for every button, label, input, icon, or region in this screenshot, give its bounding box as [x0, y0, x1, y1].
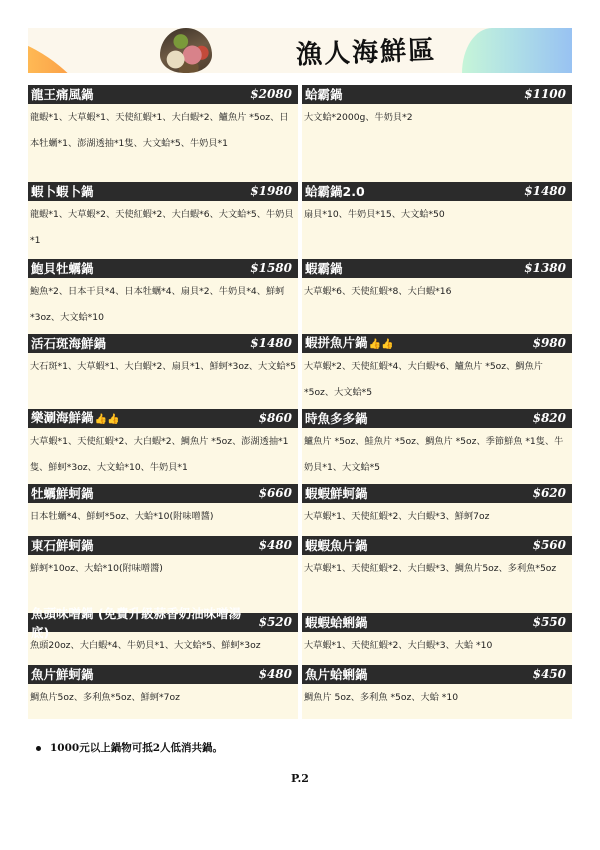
menu-item: 魚頭味噌鍋 (免費升級蒜香奶油味噌湯底) $520 魚頭20oz、大白蝦*4、牛… [28, 613, 298, 665]
menu-item-header: 蝦蝦蛤蜊鍋 $550 [302, 613, 572, 632]
menu-item-description: 大草蝦*6、天使紅蝦*8、大白蝦*16 [302, 278, 572, 334]
menu-item-name: 蝦拼魚片鍋 [305, 335, 368, 350]
menu-item-price: $1380 [524, 259, 566, 278]
menu-item-price: $550 [533, 613, 566, 632]
menu-item-name: 牡蠣鮮蚵鍋 [31, 486, 94, 501]
menu-item: 東石鮮蚵鍋 $480 鮮蚵*10oz、大蛤*10(附味噌醬) [28, 536, 298, 613]
menu-item-header: 時魚多多鍋 $820 [302, 409, 572, 428]
menu-item-price: $1100 [524, 85, 566, 104]
menu-item-name: 蝦卜蝦卜鍋 [31, 184, 94, 199]
hotpot-photo [160, 28, 212, 73]
menu-item-price: $1480 [524, 182, 566, 201]
footer-note-text: 1000元以上鍋物可抵2人低消共鍋。 [50, 742, 223, 754]
menu-item-name: 蝦霸鍋 [305, 261, 343, 276]
menu-item: 時魚多多鍋 $820 鱸魚片 *5oz、鮭魚片 *5oz、鯛魚片 *5oz、季節… [302, 409, 572, 484]
gradient-decoration [462, 28, 572, 73]
menu-item: 鮑貝牡蠣鍋 $1580 鮑魚*2、日本干貝*4、日本牡蠣*4、扇貝*2、牛奶貝*… [28, 259, 298, 334]
menu-item-price: $860 [259, 409, 292, 428]
menu-item-header: 魚片蛤蜊鍋 $450 [302, 665, 572, 684]
menu-item-name: 龍王痛風鍋 [31, 87, 94, 102]
menu-item-header: 蝦霸鍋 $1380 [302, 259, 572, 278]
menu-item-name: 時魚多多鍋 [305, 411, 368, 426]
menu-item-description: 大文蛤*2000g、牛奶貝*2 [302, 104, 572, 182]
menu-item-price: $480 [259, 665, 292, 684]
menu-item-description: 大草蝦*1、天使紅蝦*2、大白蝦*3、鯛魚片5oz、多利魚*5oz [302, 555, 572, 613]
menu-item: 蝦蝦蛤蜊鍋 $550 大草蝦*1、天使紅蝦*2、大白蝦*3、大蛤 *10 [302, 613, 572, 665]
menu-item: 蝦拼魚片鍋👍👍 $980 大草蝦*2、天使紅蝦*4、大白蝦*6、鱸魚片 *5oz… [302, 334, 572, 409]
menu-item-price: $520 [259, 613, 292, 632]
menu-item: 龍王痛風鍋 $2080 龍蝦*1、大草蝦*1、天使紅蝦*1、大白蝦*2、鱸魚片 … [28, 85, 298, 182]
menu-item-header: 活石斑海鮮鍋 $1480 [28, 334, 298, 353]
menu-item-price: $450 [533, 665, 566, 684]
menu-item-header: 蛤霸鍋 $1100 [302, 85, 572, 104]
menu-item-description: 大草蝦*1、天使紅蝦*2、大白蝦*3、大蛤 *10 [302, 632, 572, 665]
menu-item: 蛤霸鍋 $1100 大文蛤*2000g、牛奶貝*2 [302, 85, 572, 182]
footer-note: 1000元以上鍋物可抵2人低消共鍋。 [36, 740, 223, 755]
menu-item-description: 龍蝦*1、大草蝦*2、天使紅蝦*2、大白蝦*6、大文蛤*5、牛奶貝*1 [28, 201, 298, 259]
menu-item: 活石斑海鮮鍋 $1480 大石斑*1、大草蝦*1、大白蝦*2、扇貝*1、鮮蚵*3… [28, 334, 298, 409]
menu-item-header: 魚片鮮蚵鍋 $480 [28, 665, 298, 684]
menu-item-header: 蝦蝦魚片鍋 $560 [302, 536, 572, 555]
menu-item-price: $660 [259, 484, 292, 503]
menu-item-price: $560 [533, 536, 566, 555]
page-number: P.2 [0, 772, 600, 785]
menu-item: 蝦蝦魚片鍋 $560 大草蝦*1、天使紅蝦*2、大白蝦*3、鯛魚片5oz、多利魚… [302, 536, 572, 613]
menu-item-name: 活石斑海鮮鍋 [31, 336, 106, 351]
menu-item-price: $2080 [250, 85, 292, 104]
menu-item: 蝦霸鍋 $1380 大草蝦*6、天使紅蝦*8、大白蝦*16 [302, 259, 572, 334]
menu-item-header: 蝦蝦鮮蚵鍋 $620 [302, 484, 572, 503]
menu-item-name: 魚片蛤蜊鍋 [305, 667, 368, 682]
menu-item-description: 魚頭20oz、大白蝦*4、牛奶貝*1、大文蛤*5、鮮蚵*3oz [28, 632, 298, 665]
menu-item-description: 鯛魚片 5oz、多利魚 *5oz、大蛤 *10 [302, 684, 572, 719]
menu-column-right: 蛤霸鍋 $1100 大文蛤*2000g、牛奶貝*2 蛤霸鍋2.0 $1480 扇… [302, 85, 572, 719]
menu-item: 魚片蛤蜊鍋 $450 鯛魚片 5oz、多利魚 *5oz、大蛤 *10 [302, 665, 572, 719]
menu-item-header: 蝦卜蝦卜鍋 $1980 [28, 182, 298, 201]
menu-item-name: 魚片鮮蚵鍋 [31, 667, 94, 682]
section-banner: 漁人海鮮區 [28, 28, 572, 73]
menu-item-header: 樂涮海鮮鍋👍👍 $860 [28, 409, 298, 428]
menu-column-left: 龍王痛風鍋 $2080 龍蝦*1、大草蝦*1、天使紅蝦*1、大白蝦*2、鱸魚片 … [28, 85, 298, 719]
menu-item: 樂涮海鮮鍋👍👍 $860 大草蝦*1、天使紅蝦*2、大白蝦*2、鯛魚片 *5oz… [28, 409, 298, 484]
menu-item-description: 鮑魚*2、日本干貝*4、日本牡蠣*4、扇貝*2、牛奶貝*4、鮮蚵*3oz、大文蛤… [28, 278, 298, 334]
menu-item-header: 鮑貝牡蠣鍋 $1580 [28, 259, 298, 278]
menu-item-name: 樂涮海鮮鍋 [31, 410, 94, 425]
thumbs-up-icon: 👍👍 [95, 414, 120, 425]
menu-item-name: 蛤霸鍋2.0 [305, 184, 365, 199]
menu-item-description: 鱸魚片 *5oz、鮭魚片 *5oz、鯛魚片 *5oz、季節鮮魚 *1隻、牛奶貝*… [302, 428, 572, 484]
menu-item-header: 牡蠣鮮蚵鍋 $660 [28, 484, 298, 503]
menu-item-description: 大草蝦*1、天使紅蝦*2、大白蝦*2、鯛魚片 *5oz、澎湖透抽*1隻、鮮蚵*3… [28, 428, 298, 484]
section-title: 漁人海鮮區 [295, 30, 436, 72]
menu-item: 蝦卜蝦卜鍋 $1980 龍蝦*1、大草蝦*2、天使紅蝦*2、大白蝦*6、大文蛤*… [28, 182, 298, 259]
menu-item-description: 鯛魚片5oz、多利魚*5oz、鮮蚵*7oz [28, 684, 298, 719]
menu-item-name: 東石鮮蚵鍋 [31, 538, 94, 553]
menu-item-description: 大石斑*1、大草蝦*1、大白蝦*2、扇貝*1、鮮蚵*3oz、大文蛤*5 [28, 353, 298, 409]
thumbs-up-icon: 👍👍 [369, 339, 394, 350]
menu-item: 魚片鮮蚵鍋 $480 鯛魚片5oz、多利魚*5oz、鮮蚵*7oz [28, 665, 298, 719]
menu-item-header: 蝦拼魚片鍋👍👍 $980 [302, 334, 572, 353]
menu-item-header: 東石鮮蚵鍋 $480 [28, 536, 298, 555]
bullet-icon [36, 746, 41, 751]
menu-item-price: $1980 [250, 182, 292, 201]
menu-item-name: 鮑貝牡蠣鍋 [31, 261, 94, 276]
menu-item-name: 蝦蝦蛤蜊鍋 [305, 615, 368, 630]
menu-item-price: $1480 [250, 334, 292, 353]
menu-item-header: 魚頭味噌鍋 (免費升級蒜香奶油味噌湯底) $520 [28, 613, 298, 632]
menu-item-header: 蛤霸鍋2.0 $1480 [302, 182, 572, 201]
orange-decoration [28, 28, 106, 73]
menu-item-price: $980 [533, 334, 566, 353]
menu-item-price: $620 [533, 484, 566, 503]
menu-item-description: 大草蝦*2、天使紅蝦*4、大白蝦*6、鱸魚片 *5oz、鯛魚片 *5oz、大文蛤… [302, 353, 572, 409]
menu-item-price: $480 [259, 536, 292, 555]
menu-item-name: 蛤霸鍋 [305, 87, 343, 102]
menu-item-description: 日本牡蠣*4、鮮蚵*5oz、大蛤*10(附味噌醬) [28, 503, 298, 536]
menu-item: 牡蠣鮮蚵鍋 $660 日本牡蠣*4、鮮蚵*5oz、大蛤*10(附味噌醬) [28, 484, 298, 536]
menu-item-name: 蝦蝦鮮蚵鍋 [305, 486, 368, 501]
menu-item-price: $820 [533, 409, 566, 428]
menu-item-description: 扇貝*10、牛奶貝*15、大文蛤*50 [302, 201, 572, 259]
menu-item-header: 龍王痛風鍋 $2080 [28, 85, 298, 104]
menu-item-price: $1580 [250, 259, 292, 278]
menu-item-name: 蝦蝦魚片鍋 [305, 538, 368, 553]
menu-item-description: 龍蝦*1、大草蝦*1、天使紅蝦*1、大白蝦*2、鱸魚片 *5oz、日本牡蠣*1、… [28, 104, 298, 182]
menu-item: 蝦蝦鮮蚵鍋 $620 大草蝦*1、天使紅蝦*2、大白蝦*3、鮮蚵7oz [302, 484, 572, 536]
menu-item: 蛤霸鍋2.0 $1480 扇貝*10、牛奶貝*15、大文蛤*50 [302, 182, 572, 259]
menu-item-description: 大草蝦*1、天使紅蝦*2、大白蝦*3、鮮蚵7oz [302, 503, 572, 536]
